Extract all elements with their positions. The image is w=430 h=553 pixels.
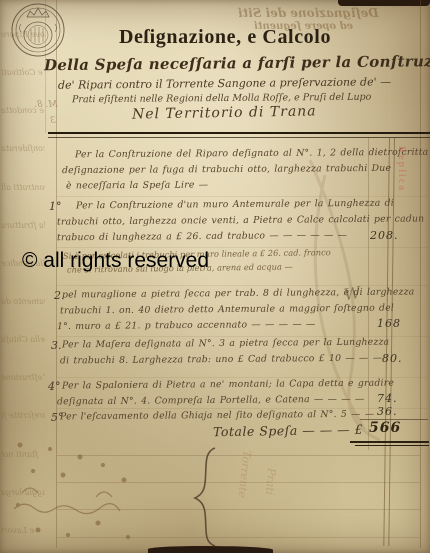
bleedthrough-fragment: ſpiaggia larga	[1, 488, 45, 497]
bleedthrough-word: Torrente	[236, 449, 254, 498]
document-title: Deſignazione, e Calcolo	[75, 26, 375, 49]
manuscript-page: Deſignazione dei Siti ed opere ſeguenti …	[0, 0, 430, 553]
bleedthrough-fragment: Per l'eſtrazione	[1, 373, 45, 382]
intro-line: è neceſſaria la Speſa Lire —	[66, 180, 208, 192]
bleedthrough-fragment: cavamento da	[1, 297, 45, 306]
bleedthrough-fragment: quella Chiuſa	[1, 335, 45, 344]
copyright-watermark: © all rights reserved	[22, 249, 209, 273]
flourish-bleedthrough	[270, 150, 420, 450]
bleedthrough-margin-mark: 3	[50, 116, 56, 126]
bleedthrough-word: Prati	[263, 468, 278, 496]
column-rule	[420, 0, 421, 548]
bleedthrough-fragment: e Coltivati	[1, 68, 43, 77]
subtitle-line-2: de' Ripari contro il Torrente Sangone a …	[58, 75, 391, 91]
bleedthrough-fragment: Materia, e condotta	[1, 106, 45, 115]
bleedthrough-fragment: e Lavori	[1, 526, 34, 535]
entry-number: 3.	[51, 339, 62, 352]
territory-line: Nel Territorio di Trana	[132, 103, 317, 122]
bleedthrough-fragment: i contratti all	[1, 183, 45, 192]
entry-number: 1°	[49, 200, 62, 213]
bleedthrough-fragment: ſtanti noi	[1, 450, 38, 459]
bleedthrough-fragment: conſiderata	[1, 144, 45, 153]
bleedthrough-left-margin: uove Riparoe ColtivatiMateria, e condott…	[1, 30, 45, 535]
subtitle-line-3: Prati eſiſtenti nelle Regioni della Moll…	[72, 92, 371, 106]
entry-number: 4°	[48, 380, 61, 393]
bleedthrough-fragment: la ſtruttura	[1, 221, 45, 230]
header-rule-thin	[48, 137, 430, 138]
bleedthrough-red-stamp: Replica	[396, 146, 407, 192]
bleedthrough-fragment: uove Riparo	[1, 30, 45, 39]
bleedthrough-fragment: preſcritte ſi	[1, 411, 45, 420]
curly-brace-mark	[185, 445, 225, 550]
bleedthrough-title: Deſignazione dei Siti	[238, 6, 379, 20]
subtitle-line-1: Della Speſa neceſſaria a farſi per la Co…	[44, 52, 430, 74]
header-rule-thick	[48, 132, 430, 134]
